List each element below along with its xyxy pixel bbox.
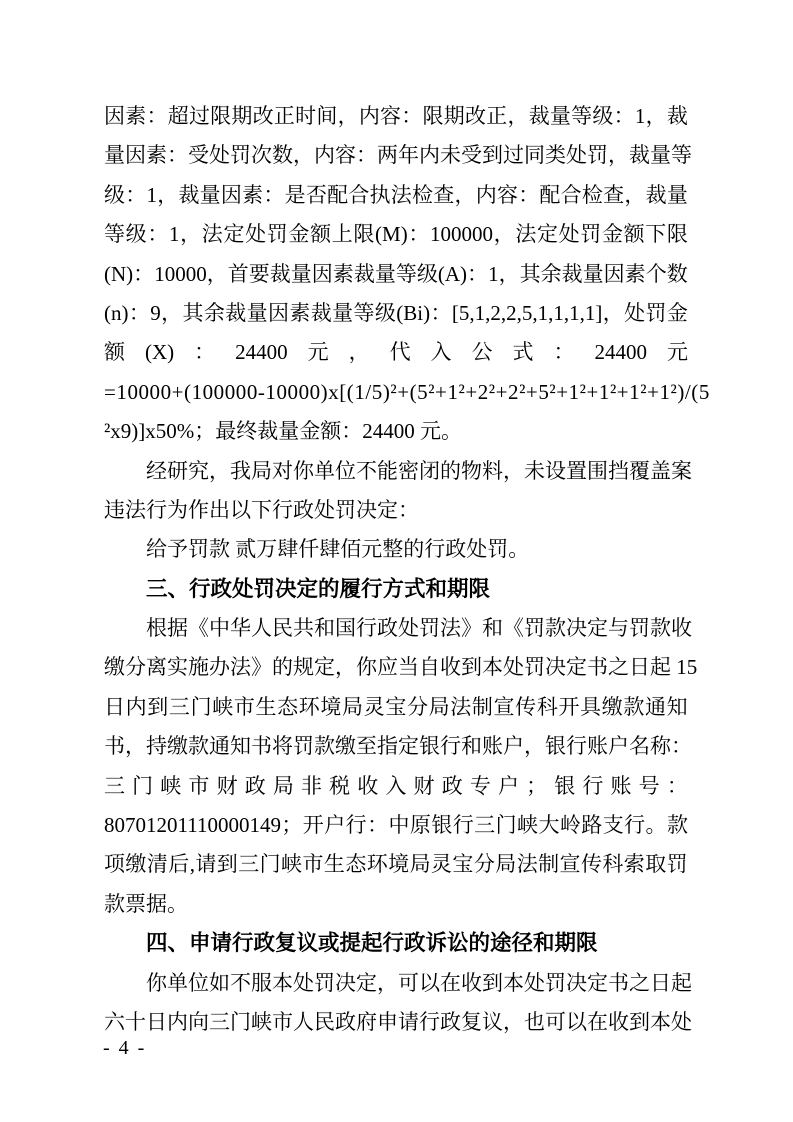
text-token: 内 xyxy=(419,136,440,175)
text-token: 单 xyxy=(167,964,188,1003)
text-token: 罚 xyxy=(587,136,608,175)
text-token: ， xyxy=(377,964,398,1003)
text-line: 项缴清后,请到三门峡市生态环境局灵宝分局法制宣传科索取罚 xyxy=(104,845,688,884)
text-token: 案 xyxy=(671,452,692,491)
text-token: 请 xyxy=(398,1003,419,1042)
text-token: 也 xyxy=(524,1003,545,1042)
text-token: 素 xyxy=(289,294,310,333)
text-token: 原 xyxy=(410,806,431,845)
text-line: 给予罚款 贰万肆仟肆佰元整的行政处罚。 xyxy=(104,530,688,569)
text-token: 清 xyxy=(147,845,168,884)
text-token: 裁 xyxy=(646,176,667,215)
text-token: 单 xyxy=(314,452,335,491)
text-token: 定 xyxy=(223,215,244,254)
text-token: 研 xyxy=(167,452,188,491)
text-token: 处 xyxy=(566,136,587,175)
text-token: ， xyxy=(646,97,667,136)
text-token: 受 xyxy=(188,136,209,175)
text-token: 和 xyxy=(461,727,482,766)
text-token: ； xyxy=(526,767,547,806)
text-token: 其 xyxy=(520,255,541,294)
text-token: 请 xyxy=(195,845,216,884)
text-token: 环 xyxy=(367,845,388,884)
text-token: 量 xyxy=(104,136,125,175)
text-token: 号 xyxy=(639,767,660,806)
text-token: 门 xyxy=(496,806,517,845)
text-line: 80701201110000149；开户行：中原银行三门峡大岭路支行。款 xyxy=(104,806,688,845)
text-token: 银 xyxy=(431,806,452,845)
text-token: (M) xyxy=(375,215,408,254)
text-token: 配 xyxy=(539,176,560,215)
text-token: 实 xyxy=(167,648,188,687)
text-token: 罚 xyxy=(230,136,251,175)
text-token: 民 xyxy=(272,609,293,648)
text-token: 在 xyxy=(587,1003,608,1042)
text-token: 。 xyxy=(646,806,667,845)
text-token: 余 xyxy=(541,255,562,294)
text-token: 罚 xyxy=(267,215,288,254)
text-token: 灵 xyxy=(364,688,385,727)
text-token: 传 xyxy=(581,845,602,884)
text-token: 定 xyxy=(587,964,608,1003)
text-token: 量 xyxy=(650,136,671,175)
text-token: 改 xyxy=(465,97,486,136)
text-token: 因 xyxy=(104,97,125,136)
text-token: 素 xyxy=(125,97,146,136)
text-token: 罚 xyxy=(545,964,566,1003)
text-token: 内 xyxy=(126,688,147,727)
text-token: 经 xyxy=(146,452,167,491)
text-token: 行 xyxy=(582,767,603,806)
text-token: 行 xyxy=(453,806,474,845)
text-token: 日 xyxy=(629,648,650,687)
text-token: 法 xyxy=(440,609,461,648)
text-token: 议 xyxy=(482,1003,503,1042)
text-token: 入 xyxy=(385,767,406,806)
text-token: 持 xyxy=(146,727,167,766)
text-token: ： xyxy=(147,215,168,254)
text-token: 门 xyxy=(191,688,212,727)
text-token: 中 xyxy=(388,806,409,845)
text-token: 1 xyxy=(169,215,180,254)
text-token: 可 xyxy=(398,964,419,1003)
text-token: 缴 xyxy=(602,688,623,727)
text-token: 对 xyxy=(272,452,293,491)
text-line: 你单位如不服本处罚决定，可以在收到本处罚决定书之日起 xyxy=(104,964,688,1003)
text-token: 处 xyxy=(559,215,580,254)
text-token: 检 xyxy=(412,176,433,215)
text-token: 内 xyxy=(167,1003,188,1042)
text-token: 可 xyxy=(545,1003,566,1042)
text-token: 人 xyxy=(293,1003,314,1042)
text-token: 金 xyxy=(602,215,623,254)
text-token: 查 xyxy=(603,176,624,215)
text-token: ： xyxy=(401,97,422,136)
text-token: 罚 xyxy=(419,609,440,648)
text-line: 等级：1，法定处罚金额上限(M)：100000，法定处罚金额下限 xyxy=(104,215,688,254)
text-token: 裁 xyxy=(667,97,688,136)
text-token: 峡 xyxy=(251,1003,272,1042)
text-token: ， xyxy=(335,648,356,687)
text-token: 15 xyxy=(671,648,697,687)
text-token: 财 xyxy=(414,767,435,806)
text-token: 政 xyxy=(442,767,463,806)
text-token: 素 xyxy=(333,255,354,294)
text-token: 你 xyxy=(356,648,377,687)
text-token: 当 xyxy=(398,648,419,687)
text-token: 岭 xyxy=(560,806,581,845)
text-token: 账 xyxy=(611,767,632,806)
text-token: [5,1,2,2,5,1,1,1,1] xyxy=(452,294,603,333)
text-token: 查 xyxy=(433,176,454,215)
text-token: 宝 xyxy=(452,845,473,884)
text-token: ， xyxy=(349,333,370,372)
text-token: 之 xyxy=(629,964,650,1003)
text-token: 索 xyxy=(624,845,645,884)
text-token: 金 xyxy=(288,215,309,254)
text-token: 配 xyxy=(327,176,348,215)
text-token: ， xyxy=(207,255,228,294)
text-token: 10000 xyxy=(154,255,207,294)
text-token: 宣 xyxy=(494,688,515,727)
text-token: 你 xyxy=(146,964,167,1003)
text-token: 级 xyxy=(375,294,396,333)
text-token: 入 xyxy=(431,333,452,372)
text-token: 市 xyxy=(272,1003,293,1042)
text-token: 的 xyxy=(440,452,461,491)
text-token: 取 xyxy=(645,845,666,884)
text-token: 裁 xyxy=(629,136,650,175)
text-token: 定 xyxy=(398,727,419,766)
text-token: 峡 xyxy=(517,806,538,845)
text-token: 24400 xyxy=(594,333,647,372)
text-token: 量 xyxy=(375,255,396,294)
text-token: 局 xyxy=(429,688,450,727)
text-token: 其 xyxy=(183,294,204,333)
text-token: ： xyxy=(554,333,575,372)
text-token: 受 xyxy=(461,136,482,175)
text-token: 素 xyxy=(146,136,167,175)
text-token: 个 xyxy=(646,255,667,294)
text-token: 处 xyxy=(398,609,419,648)
text-token: 在 xyxy=(440,964,461,1003)
text-token: 缴 xyxy=(335,727,356,766)
text-token: 银 xyxy=(419,727,440,766)
text-token: 态 xyxy=(345,845,366,884)
text-token: 局 xyxy=(251,452,272,491)
text-token: 覆 xyxy=(629,452,650,491)
text-token: 处 xyxy=(624,294,645,333)
text-token: 复 xyxy=(461,1003,482,1042)
text-token: 决 xyxy=(566,609,587,648)
text-line: ²x9)]x50%；最终裁量金额：24400 元。 xyxy=(104,412,688,451)
text-token: 收 xyxy=(440,648,461,687)
text-token: 密 xyxy=(398,452,419,491)
text-token: 款 xyxy=(314,727,335,766)
text-token: 量 xyxy=(583,255,604,294)
text-token: 以 xyxy=(419,964,440,1003)
text-token: 位 xyxy=(188,964,209,1003)
text-line: 级：1，裁量因素：是否配合执法检查，内容：配合检查，裁量 xyxy=(104,176,688,215)
text-token: 向 xyxy=(188,1003,209,1042)
text-token: 改 xyxy=(253,97,274,136)
text-token: 款 xyxy=(188,727,209,766)
text-token: ， xyxy=(503,452,524,491)
text-token: 置 xyxy=(566,452,587,491)
text-token: 未 xyxy=(524,452,545,491)
text-token: 额 xyxy=(310,215,331,254)
text-token: 办 xyxy=(209,648,230,687)
text-token: 量 xyxy=(332,294,353,333)
text-token: 行 xyxy=(440,727,461,766)
text-token: 设 xyxy=(545,452,566,491)
text-token: 通 xyxy=(209,727,230,766)
text-token: 罚 xyxy=(524,609,545,648)
text-token: 检 xyxy=(582,176,603,215)
text-token: ； xyxy=(281,806,302,845)
text-token: 三 xyxy=(169,688,190,727)
text-token: 项 xyxy=(104,845,125,884)
text-token: 裁 xyxy=(529,97,550,136)
text-token: 非 xyxy=(301,767,322,806)
text-token: 到 xyxy=(482,136,503,175)
text-token: ： xyxy=(356,136,377,175)
text-token: 期 xyxy=(231,97,252,136)
text-token: ， xyxy=(503,1003,524,1042)
text-token: 和 xyxy=(482,609,503,648)
text-token: 类 xyxy=(545,136,566,175)
text-token: 等 xyxy=(571,97,592,136)
text-token: 《 xyxy=(188,609,209,648)
text-token: 政 xyxy=(245,767,266,806)
text-token: 中 xyxy=(209,609,230,648)
text-token: 决 xyxy=(335,964,356,1003)
text-token: 将 xyxy=(272,727,293,766)
text-token: ， xyxy=(454,176,475,215)
text-token: 内 xyxy=(359,97,380,136)
text-token: 国 xyxy=(335,609,356,648)
text-token: 是 xyxy=(285,176,306,215)
text-token: 法 xyxy=(450,688,471,727)
text-token: 到 xyxy=(147,688,168,727)
text-token: 定 xyxy=(537,215,558,254)
text-token: 行 xyxy=(566,727,587,766)
text-token: 时 xyxy=(295,97,316,136)
text-token: 量 xyxy=(667,176,688,215)
text-token: 定 xyxy=(566,648,587,687)
text-token: 定 xyxy=(587,609,608,648)
text-token: 收 xyxy=(461,964,482,1003)
text-line: 书，持缴款通知书将罚款缴至指定银行和账户，银行账户名称： xyxy=(104,727,688,766)
text-token: 制 xyxy=(472,688,493,727)
text-token: 灵 xyxy=(431,845,452,884)
text-token: 府 xyxy=(356,1003,377,1042)
text-token: 峡 xyxy=(160,767,181,806)
text-token: 以 xyxy=(566,1003,587,1042)
text-token: 账 xyxy=(482,727,503,766)
text-token: 书 xyxy=(251,727,272,766)
text-token: 代 xyxy=(390,333,411,372)
text-token: 年 xyxy=(398,136,419,175)
text-token: ， xyxy=(125,727,146,766)
text-token: 裁 xyxy=(225,294,246,333)
text-token: 起 xyxy=(650,648,671,687)
text-token: ： xyxy=(263,176,284,215)
text-token: ， xyxy=(507,97,528,136)
text-token: 名 xyxy=(629,727,650,766)
text-token: 限 xyxy=(353,215,374,254)
text-token: 三 xyxy=(209,1003,230,1042)
text-token: ： xyxy=(667,767,688,806)
text-token: 罚 xyxy=(580,215,601,254)
text-token: 9 xyxy=(150,294,161,333)
text-token: 支 xyxy=(603,806,624,845)
text-token: ： xyxy=(430,294,451,333)
text-token: 开 xyxy=(303,806,324,845)
text-token: 量 xyxy=(247,294,268,333)
text-token: 级 xyxy=(126,215,147,254)
text-token: ， xyxy=(603,294,624,333)
text-token: 数 xyxy=(667,255,688,294)
text-token: , xyxy=(190,845,195,884)
text-token: 定 xyxy=(314,648,335,687)
text-token: 余 xyxy=(204,294,225,333)
text-token: 户 xyxy=(503,727,524,766)
text-token: 书 xyxy=(587,648,608,687)
text-token: ： xyxy=(194,333,215,372)
text-token: ， xyxy=(209,452,230,491)
text-token: 银 xyxy=(545,727,566,766)
text-token: 因 xyxy=(312,255,333,294)
text-token: 分 xyxy=(407,688,428,727)
text-token: 市 xyxy=(188,767,209,806)
text-token: 通 xyxy=(645,688,666,727)
text-token: 知 xyxy=(230,727,251,766)
text-token: 限 xyxy=(423,97,444,136)
text-token: 根 xyxy=(146,609,167,648)
text-token: ， xyxy=(494,215,515,254)
text-token: 日 xyxy=(104,688,125,727)
text-token: 环 xyxy=(299,688,320,727)
text-token: 传 xyxy=(515,688,536,727)
text-token: 决 xyxy=(566,964,587,1003)
text-token: 境 xyxy=(320,688,341,727)
text-token: 公 xyxy=(472,333,493,372)
text-token: ： xyxy=(146,97,167,136)
text-token: 式 xyxy=(513,333,534,372)
text-token: 能 xyxy=(377,452,398,491)
text-token: 账 xyxy=(587,727,608,766)
text-token: 量 xyxy=(291,255,312,294)
text-token: 盖 xyxy=(650,452,671,491)
text-token: 法 xyxy=(515,215,536,254)
text-token: 施 xyxy=(188,648,209,687)
text-token: 户 xyxy=(498,767,519,806)
text-token: 到 xyxy=(217,845,238,884)
text-token: 行 xyxy=(346,806,367,845)
text-token: 挡 xyxy=(608,452,629,491)
text-line: 经研究，我局对你单位不能密闭的物料，未设置围挡覆盖案 xyxy=(104,452,688,491)
text-token: 日 xyxy=(146,1003,167,1042)
text-token: 本 xyxy=(503,964,524,1003)
text-line: 根据《中华人民共和国行政处罚法》和《罚款决定与罚款收 xyxy=(104,609,688,648)
text-token: 法 xyxy=(230,648,251,687)
text-token: ： xyxy=(167,136,188,175)
text-token: 三 xyxy=(238,845,259,884)
text-token: 自 xyxy=(419,648,440,687)
text-token: 款 xyxy=(667,806,688,845)
text-line: 六十日内向三门峡市人民政府申请行政复议，也可以在收到本处 xyxy=(104,1003,688,1042)
text-token: ： xyxy=(129,294,150,333)
text-token: (N) xyxy=(104,255,133,294)
text-token: 法 xyxy=(202,215,223,254)
text-token: 行 xyxy=(419,1003,440,1042)
text-token: ： xyxy=(367,806,388,845)
text-token: 收 xyxy=(608,1003,629,1042)
text-token: 科 xyxy=(602,845,623,884)
text-token: 和 xyxy=(314,609,335,648)
text-token: 素 xyxy=(242,176,263,215)
text-token: 具 xyxy=(580,688,601,727)
text-token: 限 xyxy=(210,97,231,136)
text-token: 同 xyxy=(524,136,545,175)
text-token: 生 xyxy=(255,688,276,727)
text-token: 间 xyxy=(316,97,337,136)
text-token: ， xyxy=(624,176,645,215)
text-token: 不 xyxy=(230,964,251,1003)
text-token: 本 xyxy=(272,964,293,1003)
text-token: ， xyxy=(499,255,520,294)
text-token: ： xyxy=(614,97,635,136)
text-token: 市 xyxy=(234,688,255,727)
text-token: 裁 xyxy=(311,294,332,333)
text-token: 人 xyxy=(251,609,272,648)
text-line: 缴分离实施办法》的规定，你应当自收到本处罚决定书之日起 15 xyxy=(104,648,688,687)
text-token: 境 xyxy=(388,845,409,884)
document-body: 因素：超过限期改正时间，内容：限期改正，裁量等级：1，裁量因素：受处罚次数，内容… xyxy=(104,97,688,1042)
text-token: 行 xyxy=(624,806,645,845)
text-token: 宣 xyxy=(560,845,581,884)
text-token: 我 xyxy=(230,452,251,491)
text-token: 生 xyxy=(324,845,345,884)
text-token: 料 xyxy=(482,452,503,491)
text-token: 1 xyxy=(146,176,157,215)
text-token: 开 xyxy=(558,688,579,727)
text-token: 三 xyxy=(104,767,125,806)
text-token: ， xyxy=(293,136,314,175)
text-token: 合 xyxy=(348,176,369,215)
text-token: 容 xyxy=(380,97,401,136)
text-token: 到 xyxy=(482,964,503,1003)
text-token: 缴 xyxy=(125,845,146,884)
text-token: 局 xyxy=(495,845,516,884)
text-token: 财 xyxy=(217,767,238,806)
text-token: 行 xyxy=(356,609,377,648)
text-token: 到 xyxy=(461,648,482,687)
text-token: 额 xyxy=(624,215,645,254)
text-token: 定 xyxy=(356,964,377,1003)
text-token: 位 xyxy=(335,452,356,491)
text-token: 》 xyxy=(461,609,482,648)
text-token: 首 xyxy=(228,255,249,294)
text-token: 过 xyxy=(503,136,524,175)
text-token: 限 xyxy=(667,215,688,254)
text-token: 税 xyxy=(329,767,350,806)
text-token: 上 xyxy=(332,215,353,254)
text-token: 内 xyxy=(476,176,497,215)
text-token: 起 xyxy=(671,964,692,1003)
text-token: 民 xyxy=(314,1003,335,1042)
